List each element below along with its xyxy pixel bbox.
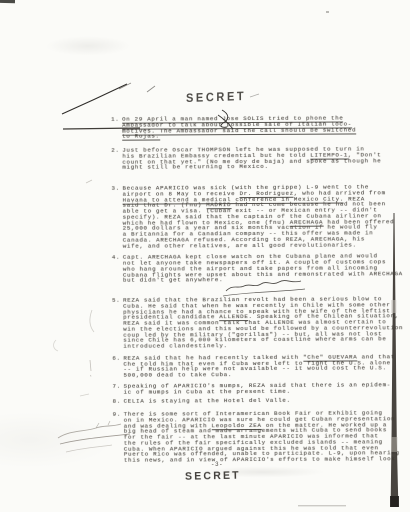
scan-edge-streak-tip: [390, 496, 399, 507]
page-number: -3-: [205, 461, 229, 468]
memo-paragraph: 5.REZA said that the Brazilian revolt ha…: [112, 296, 394, 349]
margin-curve: [90, 310, 94, 332]
paragraph-number: 3.: [111, 186, 122, 249]
memo-paragraph: 6.REZA said that he had recently talked …: [112, 354, 394, 378]
memo-text-line: motives. The Ambassador said the call sh…: [122, 127, 393, 134]
pencil-scrawl-line-3: [66, 445, 112, 452]
scan-dot-artifact: [326, 11, 329, 13]
pencil-scrawl-ticks: [96, 421, 110, 428]
memo-paragraph: 8.CELIA is staying at the Hotel del Vall…: [113, 398, 395, 405]
paragraph-number: 8.: [113, 399, 124, 405]
memo-text-line: this news, and in view of APARICIO's eff…: [124, 456, 395, 463]
memo-text-line: might still be returning to Mexico.: [122, 164, 393, 171]
memo-paragraph: 7.Speaking of APARICIO's mumps, REZA sai…: [112, 382, 394, 395]
paragraph-number: 6.: [112, 355, 123, 378]
margin-tick-1: [86, 180, 92, 183]
memo-text-line: CELIA is staying at the Hotel del Valle.: [124, 398, 395, 405]
paragraph-number: 2.: [111, 148, 122, 171]
memo-paragraph: 4.Capt. ARECHAGA kept close watch on the…: [112, 254, 394, 284]
memo-paragraph: 1.On 29 April a man named Jose SOLIS tri…: [111, 115, 393, 139]
handwritten-tick-left: [147, 86, 155, 92]
pencil-scrawl-line-1: [58, 424, 121, 438]
memo-body: 1.On 29 April a man named Jose SOLIS tri…: [111, 115, 395, 463]
margin-exclamation: [90, 360, 91, 377]
memo-text-line: ic of mumps in Cuba at the present time.: [124, 388, 395, 395]
memo-paragraph: 3.Because APARICIO was sick (with the gr…: [111, 184, 393, 249]
paragraph-number: 1.: [111, 117, 122, 140]
margin-dash: [80, 394, 89, 396]
paragraph-number: 9.: [113, 412, 124, 464]
paragraph-number: 4.: [112, 255, 123, 284]
memo-text-line: wife, and other relatives, are all good …: [123, 242, 394, 249]
memo-paragraph: 2.Just before Oscar THOMPSON left he was…: [111, 146, 393, 170]
document-page: SECRET 1.On 29 April a man named Jose SO…: [0, 0, 410, 512]
paragraph-number: 7.: [112, 383, 123, 395]
scan-bottom-edge-line: [298, 505, 346, 506]
memo-text-line: but didn't get anywhere.: [123, 277, 394, 284]
memo-text-line: introduced clandestinely.: [123, 342, 394, 349]
handwritten-diagonal-stroke-2: [119, 83, 131, 89]
paragraph-number: 5.: [112, 298, 123, 350]
margin-curve-2: [54, 340, 58, 351]
handwritten-diagonal-stroke: [62, 84, 127, 114]
scan-corner-artifact: [0, 0, 15, 3]
secret-stamp-top: SECRET: [186, 90, 246, 105]
memo-paragraph: 9.There is some sort of Interamerican Bo…: [113, 410, 395, 463]
handwritten-tick-right: [250, 94, 259, 97]
memo-text-line: 500,000 dead to take Cuba.: [123, 371, 394, 378]
secret-stamp-bottom: SECRET: [185, 469, 241, 483]
